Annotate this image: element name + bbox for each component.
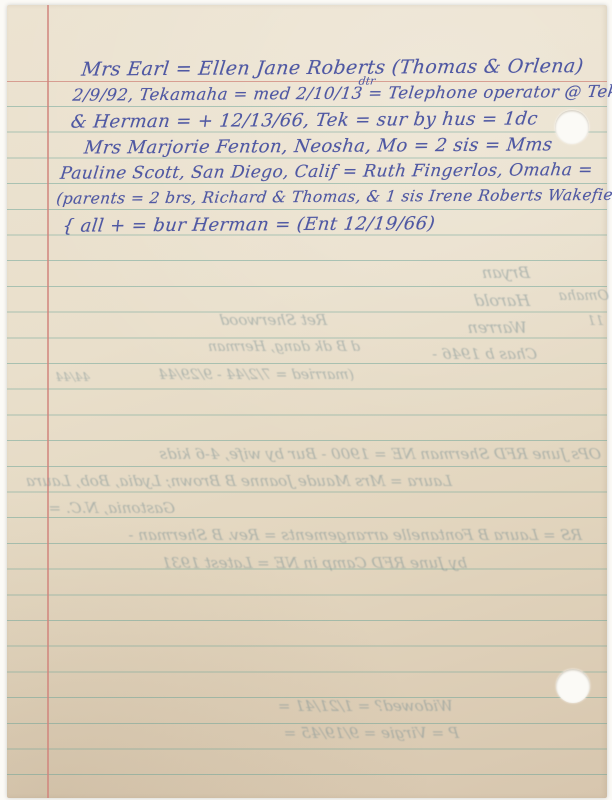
bleed-through-line: RS = Laura B Fontanelle arrangements = R… xyxy=(61,526,583,544)
bleed-through-line: Bryan xyxy=(444,263,531,282)
handwritten-line-1: Mrs Earl = Ellen Jane Roberts (Thomas & … xyxy=(80,55,585,81)
handwritten-line-2: 2/9/92, Tekamaha = med 2/10/13 = Telepho… xyxy=(72,82,612,105)
handwritten-line-3: & Herman = + 12/13/66, Tek = sur by hus … xyxy=(70,108,539,132)
bleed-through-line: by June RFD Camp in NE = Latest 1931 xyxy=(56,554,468,572)
bleed-through-line: Chas b 1946 - xyxy=(411,345,538,363)
bleed-through-line: Warren xyxy=(421,318,528,337)
bleed-through-line: Laura = Mrs Maude Joanne B Brown; Lydia,… xyxy=(26,472,453,490)
handwritten-line-4: Mrs Marjorie Fenton, Neosha, Mo = 2 sis … xyxy=(83,134,554,158)
bleed-through-line: Ret Sherwood xyxy=(176,311,328,329)
bleed-through-line: d B dk dang, Herman xyxy=(154,339,361,355)
bleed-through-line: (married = 7/2/44 - 9/29/44 xyxy=(118,367,355,383)
bleed-through-line: 44/44 xyxy=(34,370,90,384)
punch-hole-bottom xyxy=(556,669,590,703)
handwritten-line-6: (parents = 2 brs, Richard & Thomas, & 1 … xyxy=(55,186,612,208)
bleed-through-line: Omaha xyxy=(546,288,610,304)
handwriting-block: Mrs Earl = Ellen Jane Roberts (Thomas & … xyxy=(6,3,608,267)
handwritten-line-7: { all + = bur Herman = (Ent 12/19/66) xyxy=(61,213,436,237)
notebook-page: Mrs Earl = Ellen Jane Roberts (Thomas & … xyxy=(7,5,607,798)
bleed-through-line: 11 xyxy=(578,314,605,329)
superscript-annotation: dtr xyxy=(358,75,376,88)
bleed-through-line: P = Virgie = 9/19/45 = xyxy=(196,724,460,742)
handwritten-line-5: Pauline Scott, San Diego, Calif = Ruth F… xyxy=(59,160,594,184)
bleed-through-line: Widowed? = 1/21/41 = xyxy=(234,697,454,715)
bleed-through-line: OPs June RFD Sherman NE = 1900 - Bur by … xyxy=(28,445,602,463)
bleed-through-line: Harold xyxy=(434,291,531,310)
